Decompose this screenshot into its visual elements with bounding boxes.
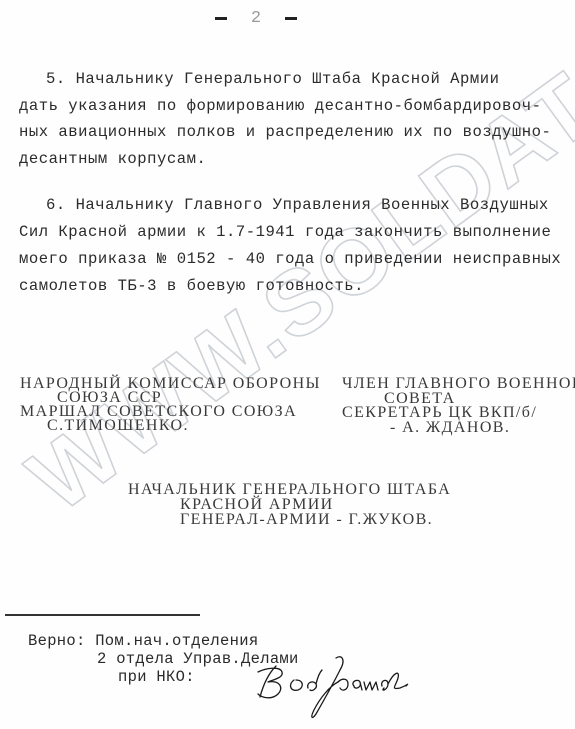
dash-right bbox=[285, 17, 297, 20]
item5-line-3: ных авиационных полков и распределению и… bbox=[19, 123, 551, 141]
item5-line-2: дать указания по формированию десантно-б… bbox=[19, 97, 541, 115]
item6-line-2: Сил Красной армии к 1.7-1941 года законч… bbox=[19, 223, 551, 241]
center-sig-line-1: НАЧАЛЬНИК ГЕНЕРАЛЬНОГО ШТАБА bbox=[128, 482, 451, 497]
item6-line-4: самолетов ТБ-3 в боевую готовность. bbox=[19, 277, 364, 295]
item5-line-1: 5. Начальнику Генерального Штаба Красной… bbox=[46, 70, 499, 88]
right-sig-line-3: СЕКРЕТАРЬ ЦК ВКП/б/ bbox=[342, 405, 537, 420]
right-sig-line-4: - А. ЖДАНОВ. bbox=[390, 420, 510, 435]
watermark: WWW.SOLDAT.RU bbox=[10, 72, 575, 533]
cert-line-3: при НКО: bbox=[118, 668, 195, 686]
right-sig-line-1: ЧЛЕН ГЛАВНОГО ВОЕННОГО bbox=[342, 376, 575, 391]
center-sig-line-2: КРАСНОЙ АРМИИ bbox=[180, 497, 334, 512]
item6-line-1: 6. Начальнику Главного Управления Военны… bbox=[46, 196, 549, 214]
cert-line-1: Верно: Пом.нач.отделения bbox=[28, 632, 258, 650]
center-sig-line-3: ГЕНЕРАЛ-АРМИИ - Г.ЖУКОВ. bbox=[180, 512, 433, 527]
handwritten-signature bbox=[250, 652, 415, 722]
left-sig-line-4: С.ТИМОШЕНКО. bbox=[47, 418, 189, 433]
document-page: WWW.SOLDAT.RU 2 5. Начальнику Генерально… bbox=[0, 0, 575, 729]
separator-line bbox=[5, 614, 200, 616]
dash-left bbox=[215, 17, 227, 20]
item5-line-4: десантным корпусам. bbox=[19, 150, 206, 168]
page-number: 2 bbox=[251, 9, 261, 28]
item6-line-3: моего приказа № 0152 - 40 года о приведе… bbox=[19, 250, 561, 268]
page-number-header: 2 bbox=[215, 9, 297, 28]
